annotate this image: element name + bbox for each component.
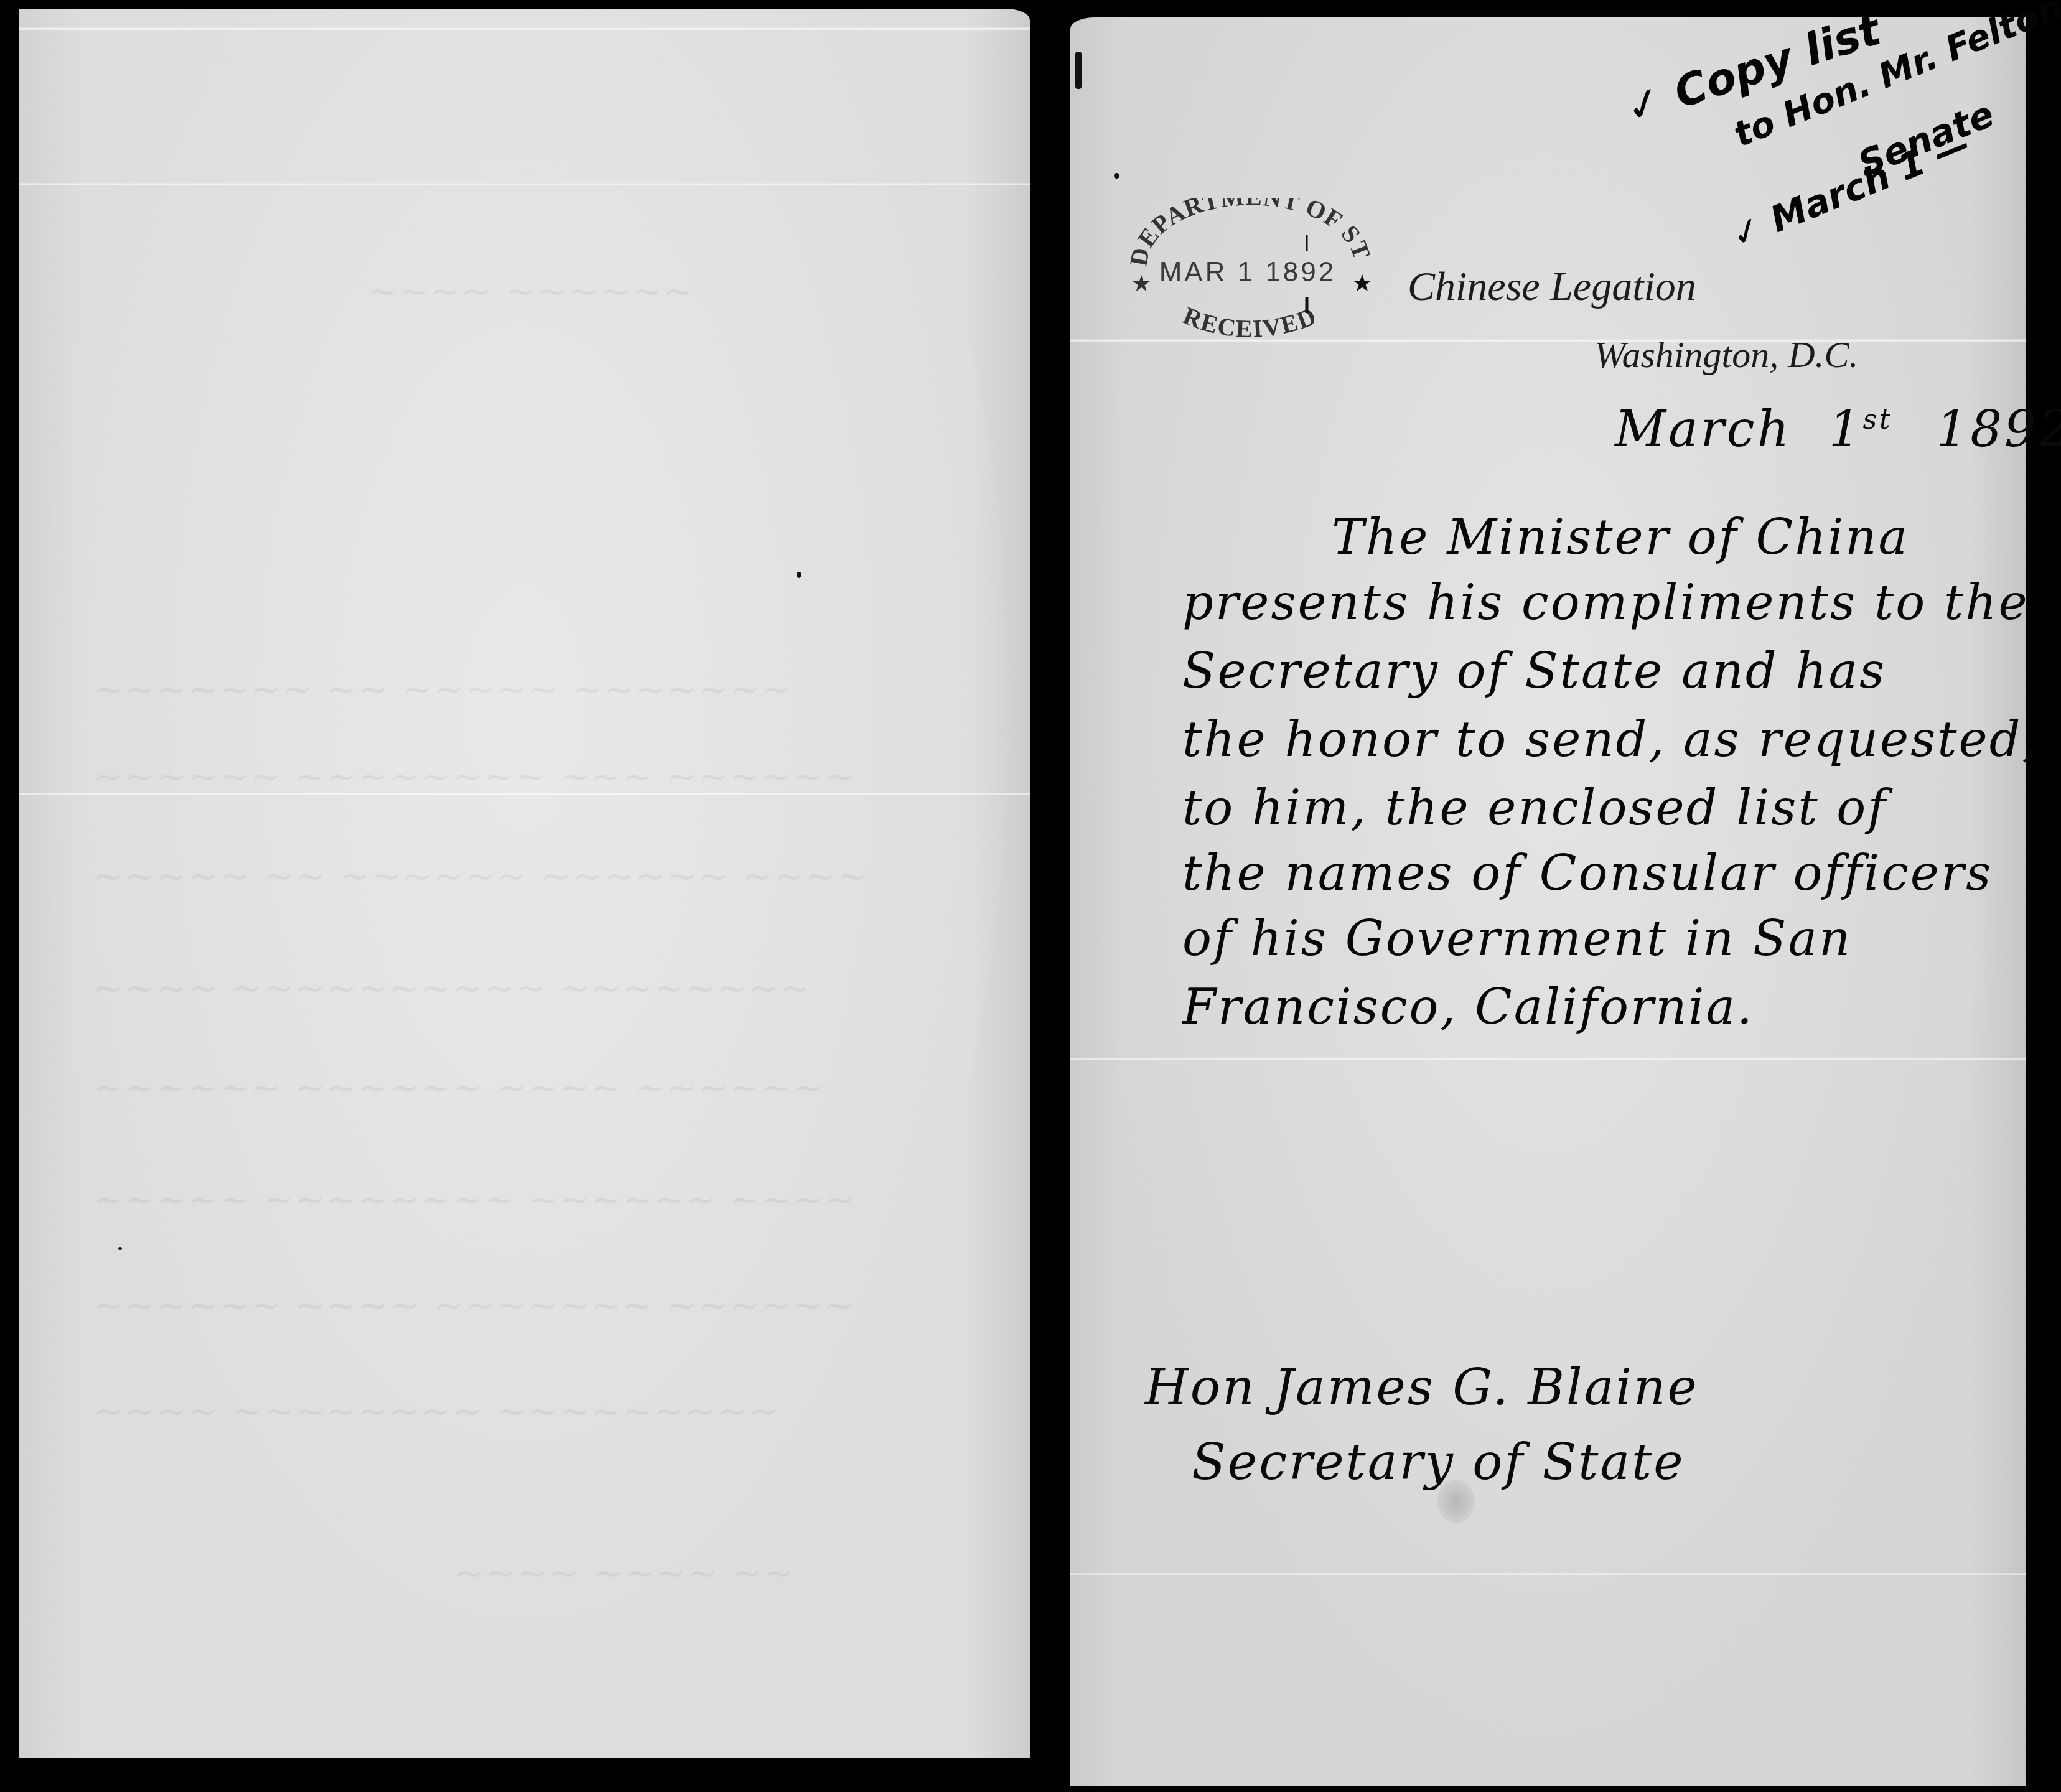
crease-line (1070, 1573, 2026, 1575)
body-line: The Minister of China (1332, 513, 1909, 562)
ink-speck (118, 1247, 122, 1250)
stamp-date: MAR 1 1892 (1120, 257, 1375, 288)
stamp-bottom-text: RECEIVED (1179, 301, 1320, 343)
bleed-through-mark: ~~~~~~ ~~~~~~~~ ~~~ ~~~~~~ (93, 755, 856, 798)
bleed-through-mark: ~~~~ ~~~~ ~~ (454, 1552, 795, 1594)
letterhead-organization: Chinese Legation (1408, 266, 1696, 307)
bleed-through-mark: ~~~~~ ~~ ~~~~~~ ~~~~~~ ~~~~ (93, 855, 869, 897)
letterhead-city: Washington, D.C. (1594, 336, 1859, 373)
left-page: ~~~~ ~~~~~~ ~~~~~~~ ~~ ~~~~~ ~~~~~~~ ~~~… (19, 9, 1030, 1758)
bleed-through-mark: ~~~~~~ ~~~~~~ ~~~~ ~~~~~~ (93, 1066, 824, 1109)
body-line: Secretary of State and has (1182, 647, 1886, 696)
svg-text:RECEIVED: RECEIVED (1179, 301, 1320, 343)
ink-speck (1114, 173, 1119, 179)
body-line: of his Government in San (1182, 915, 1852, 963)
addressee-title: Secretary of State (1192, 1437, 1685, 1487)
date-day-suffix: st (1863, 404, 1893, 436)
bleed-through-mark: ~~~~~~~ ~~ ~~~~~ ~~~~~~~ (93, 668, 793, 711)
bleed-through-mark: ~~~~~~ ~~~~ ~~~~~~~ ~~~~~~ (93, 1284, 856, 1327)
bleed-through-mark: ~~~~~ ~~~~~~~~ ~~~~~~ ~~~~ (93, 1178, 856, 1221)
body-line: the honor to send, as requested, (1182, 716, 2039, 764)
ink-speck (797, 572, 801, 578)
date-year: 1892 (1936, 400, 2061, 458)
crease-line (19, 183, 1030, 185)
received-stamp: DEPARTMENT OF STATE RECEIVED ★ ★ MAR 1 1… (1120, 198, 1375, 353)
body-line: Francisco, California. (1182, 983, 1754, 1032)
binding-mark (1075, 52, 1082, 89)
body-line: to him, the enclosed list of (1182, 784, 1887, 833)
document-scan: ~~~~ ~~~~~~ ~~~~~~~ ~~ ~~~~~ ~~~~~~~ ~~~… (0, 0, 2061, 1792)
body-line: the names of Consular officers (1182, 849, 1993, 898)
crease-line (19, 27, 1030, 30)
date-line: March 1st 1892 (1615, 404, 2061, 454)
bleed-through-mark: ~~~~ ~~~~~~ (367, 270, 694, 312)
addressee-name: Hon James G. Blaine (1145, 1363, 1699, 1412)
bleed-through-mark: ~~~~ ~~~~~~~~~~ ~~~~~~~~ (93, 967, 811, 1009)
bleed-through-mark: ~~~~ ~~~~~~~~ ~~~~~~~~~ (93, 1390, 780, 1432)
date-day: 1 (1829, 400, 1863, 458)
date-month: March (1615, 400, 1792, 458)
body-line: presents his compliments to the (1182, 579, 2029, 627)
crease-line (1070, 1058, 2026, 1060)
